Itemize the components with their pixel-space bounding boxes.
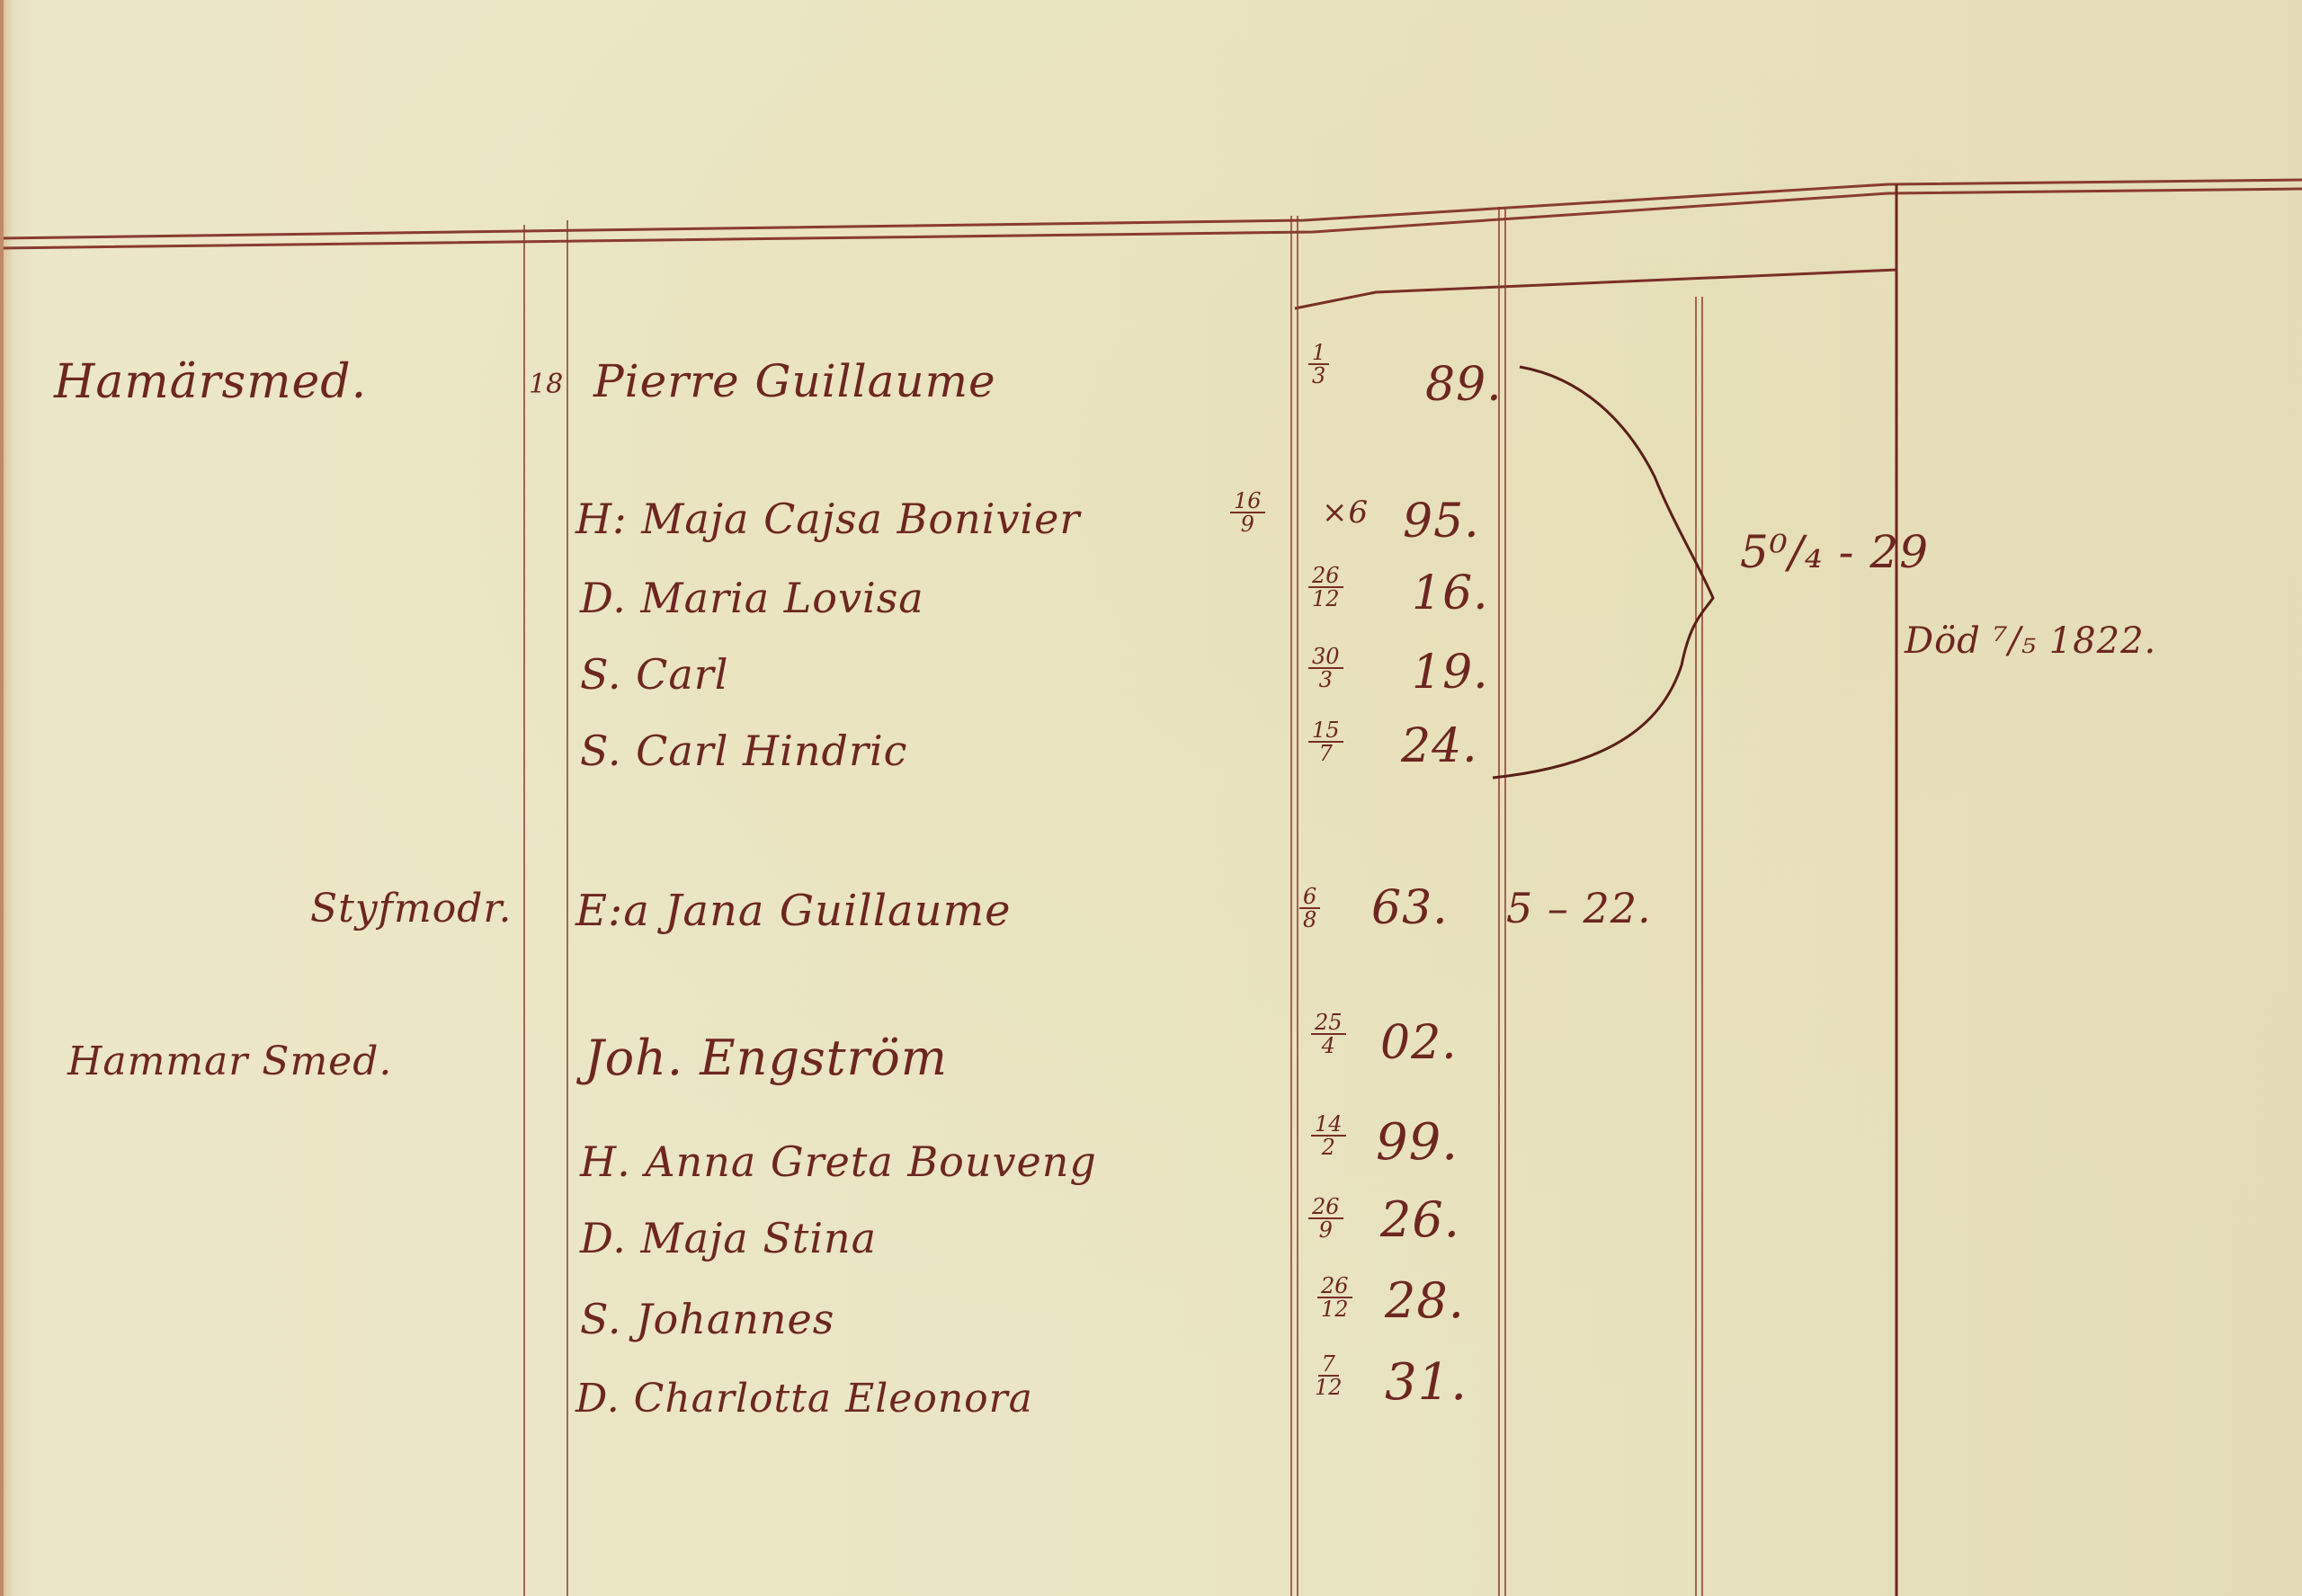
ruling-lines xyxy=(0,0,2302,1596)
member-name: D. Maria Lovisa xyxy=(580,574,924,622)
birth-day-month: 1 3 xyxy=(1308,342,1329,387)
birth-year: 95. xyxy=(1403,495,1480,548)
member-name: D. Charlotta Eleonora xyxy=(575,1376,1033,1422)
birth-day-month: 15 7 xyxy=(1308,719,1343,764)
member-name: S. Johannes xyxy=(580,1295,834,1343)
member-name: S. Carl xyxy=(580,650,728,699)
birth-day-month: 26 12 xyxy=(1308,565,1343,610)
birth-year: 99. xyxy=(1376,1113,1459,1172)
birth-day-month: 26 9 xyxy=(1308,1196,1343,1241)
death-remark: Död ⁷/₅ 1822. xyxy=(1905,620,2156,662)
birth-year: 28. xyxy=(1385,1272,1465,1329)
birth-day-month: 6 8 xyxy=(1299,886,1320,931)
occupation-label: Hammar Smed. xyxy=(67,1039,392,1084)
member-name: Pierre Guillaume xyxy=(593,355,996,407)
name-annotation: 169 xyxy=(1230,490,1265,535)
birth-year: 26. xyxy=(1380,1191,1460,1248)
member-name: Joh. Engström xyxy=(584,1030,948,1086)
birth-year: 24. xyxy=(1401,719,1478,773)
birth-day-month: 25 4 xyxy=(1311,1012,1346,1057)
birth-day-month: 30 3 xyxy=(1308,646,1343,691)
birth-year: 02. xyxy=(1380,1016,1458,1070)
member-name: E:a Jana Guillaume xyxy=(575,886,1012,936)
birth-day-struck: ⨯6 xyxy=(1322,495,1369,531)
member-name: S. Carl Hindric xyxy=(580,727,907,775)
occupation-label: Hamärsmed. xyxy=(54,355,367,409)
birth-year: 89. xyxy=(1425,358,1503,412)
register-page: Hamärsmed. 18 Pierre Guillaume 1 3 89. H… xyxy=(0,0,2302,1596)
member-name: H: Maja Cajsa Bonivier xyxy=(575,495,1080,543)
birth-day-month: 26 12 xyxy=(1317,1275,1352,1320)
household-number: 18 xyxy=(529,369,563,400)
birth-day-month: 7 12 xyxy=(1315,1353,1343,1398)
birth-year: 19. xyxy=(1412,646,1489,700)
birth-day-month: 14 2 xyxy=(1311,1113,1346,1158)
member-name: D. Maja Stina xyxy=(580,1214,877,1262)
moved-note: 5⁰/₄ - 29 xyxy=(1740,526,1929,578)
in-date: 5 – 22. xyxy=(1506,884,1652,932)
birth-year: 16. xyxy=(1412,566,1489,620)
birth-year: 63. xyxy=(1371,881,1449,935)
birth-year: 31. xyxy=(1385,1353,1468,1412)
relation-label: Styfmodr. xyxy=(310,886,513,932)
member-name: H. Anna Greta Bouveng xyxy=(580,1137,1097,1186)
